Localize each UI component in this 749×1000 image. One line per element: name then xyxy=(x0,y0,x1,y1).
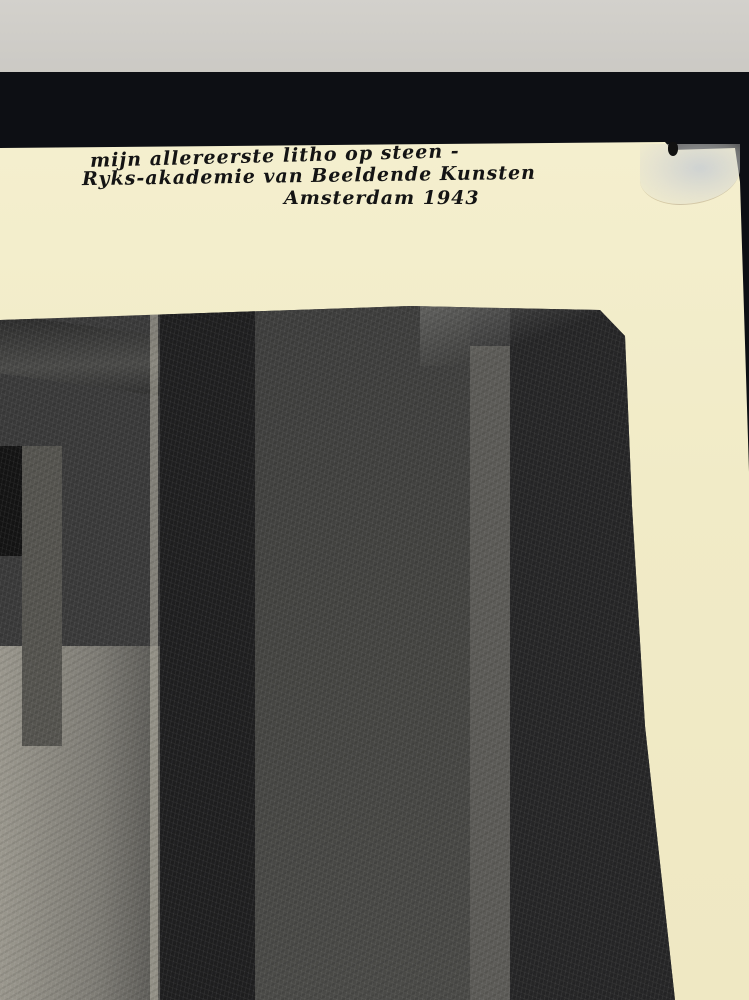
lithograph-print xyxy=(0,306,680,1000)
mounting-tack-icon xyxy=(668,142,678,156)
crayon-texture xyxy=(0,306,680,1000)
inscription-line-3: Amsterdam 1943 xyxy=(284,188,480,208)
grey-wall-background xyxy=(0,0,749,74)
